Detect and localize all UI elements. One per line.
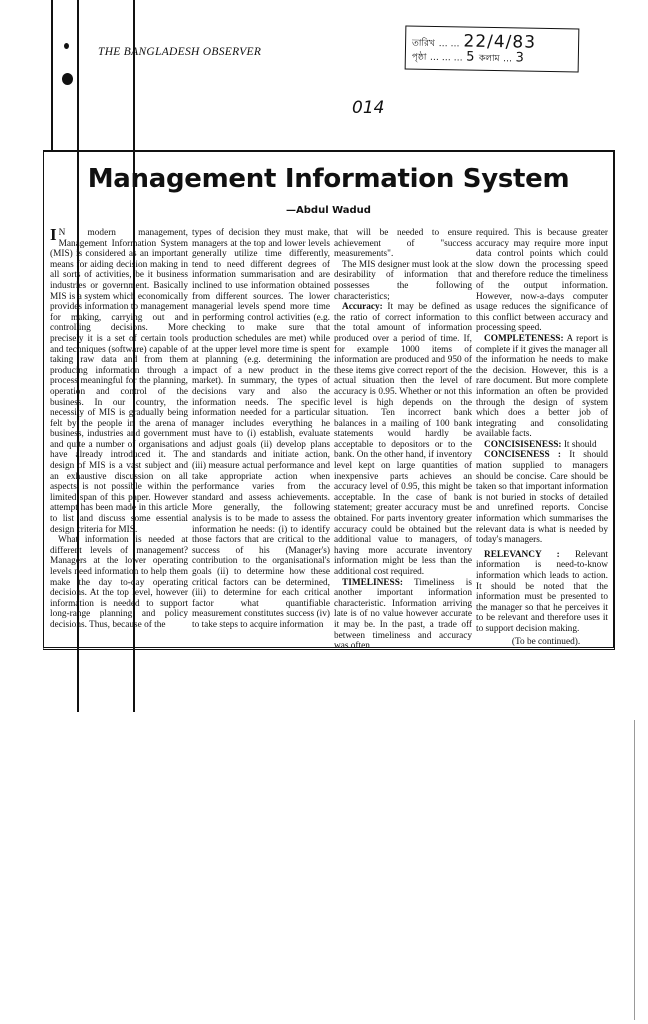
section-keyword: CONCISISENESS: (484, 440, 562, 450)
article-byline: —Abdul Wadud (44, 205, 613, 216)
paragraph: TIMELINESS: Timeliness is another import… (334, 578, 472, 652)
article-column-1: IN modern management, Management Informa… (50, 228, 188, 631)
article-clipping: Management Information System —Abdul Wad… (43, 150, 615, 650)
stamp-column-label: কলাম (479, 54, 500, 64)
section-keyword: TIMELINESS: (342, 578, 403, 588)
continuation-note: (To be continued). (476, 637, 608, 648)
paragraph-text: Relevant information is need-to-know inf… (476, 550, 608, 634)
paragraph: Accuracy: It may be defined as the ratio… (334, 302, 472, 577)
stamp-dots-3: … (503, 54, 512, 64)
paragraph: COMPLETENESS: A report is complete if it… (476, 334, 608, 440)
paragraph: that will be needed to ensure achievemen… (334, 228, 472, 260)
section-keyword: CONCISENESS : (484, 450, 561, 460)
paragraph-text: It should mation supplied to managers sh… (476, 450, 608, 545)
archive-stamp: তারিখ … … 22/4/83 পৃষ্ঠা … … … 5 কলাম … … (405, 25, 580, 72)
paragraph-text: Timeliness is another important informat… (334, 578, 472, 652)
stamp-column-value: 3 (515, 50, 525, 65)
stamp-page-value: 5 (466, 50, 476, 65)
archive-number: 014 (352, 98, 384, 118)
article-headline: Management Information System (44, 164, 613, 194)
stamp-page-label: পৃষ্ঠা (412, 53, 427, 63)
margin-rule-left (51, 0, 53, 150)
binder-hole-mark-small (64, 43, 69, 49)
stamp-page-row: পৃষ্ঠা … … … 5 কলাম … 3 (412, 49, 525, 67)
paragraph: RELEVANCY : Relevant information is need… (476, 550, 608, 635)
paragraph-text: N modern management, Management Informat… (50, 228, 188, 535)
section-keyword: COMPLETENESS: (484, 334, 564, 344)
paragraph: CONCISENESS : It should mation supplied … (476, 450, 608, 545)
paragraph-text: A report is complete if it gives the man… (476, 334, 608, 439)
drop-cap: I (50, 228, 57, 242)
paragraph: The MIS designer must look at the desira… (334, 260, 472, 302)
paragraph: What information is needed at different … (50, 535, 188, 630)
right-edge-rule (634, 720, 635, 1020)
paragraph-text: It should (562, 440, 597, 450)
paragraph-text: It may be defined as the ratio of correc… (334, 302, 472, 577)
stamp-dots-2: … … … (430, 53, 463, 64)
paragraph: IN modern management, Management Informa… (50, 228, 188, 535)
article-column-4: required. This is because greater accura… (476, 228, 608, 647)
article-column-3: that will be needed to ensure achievemen… (334, 228, 472, 652)
section-keyword: RELEVANCY : (484, 550, 560, 560)
stamp-dots: … … (439, 39, 460, 49)
paragraph: required. This is because greater accura… (476, 228, 608, 334)
section-keyword: Accuracy: (342, 302, 383, 312)
newspaper-masthead: THE BANGLADESH OBSERVER (98, 46, 261, 58)
paragraph: CONCISISENESS: It should (476, 440, 608, 451)
stamp-date-label: তারিখ (412, 39, 435, 49)
article-column-2: types of decision they must make, manage… (192, 228, 330, 631)
paragraph: types of decision they must make, manage… (192, 228, 330, 631)
binder-hole-mark (62, 73, 73, 85)
